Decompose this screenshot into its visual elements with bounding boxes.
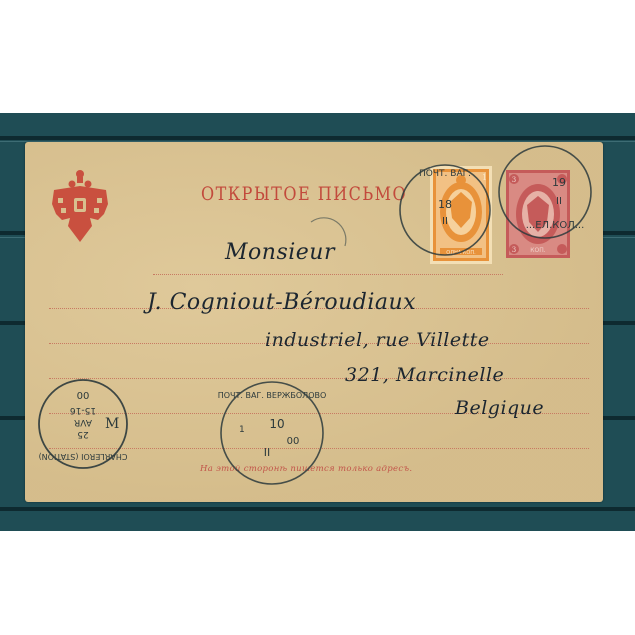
svg-text:10: 10 bbox=[269, 417, 284, 431]
svg-text:КОП.: КОП. bbox=[530, 247, 545, 254]
svg-text:3: 3 bbox=[512, 246, 516, 254]
svg-text:ПОЧТ. ВАГ. ВЕРЖБОЛОВО: ПОЧТ. ВАГ. ВЕРЖБОЛОВО bbox=[218, 391, 327, 400]
postmark-imprint-cancel: ...ЕЛ.КОЛ... 19 II bbox=[495, 142, 595, 242]
postmark-arrival-charleroi: CHARLEROI (STATION) 25 AVR 15-16 00 M bbox=[35, 376, 131, 472]
svg-text:ПОЧТ. ВАГ.: ПОЧТ. ВАГ. bbox=[419, 169, 471, 179]
svg-text:...ЕЛ.КОЛ...: ...ЕЛ.КОЛ... bbox=[526, 220, 585, 231]
address-name: J. Cogniout-Béroudiaux bbox=[147, 290, 416, 315]
postcard: ОТКРЫТОЕ ПИСЬМО Monsieur J. Cogniout-Bér… bbox=[25, 142, 603, 502]
svg-text:II: II bbox=[264, 446, 271, 459]
imperial-eagle-icon bbox=[50, 168, 110, 244]
svg-text:M: M bbox=[105, 416, 119, 432]
address-occupation-street: industriel, rue Villette bbox=[265, 329, 490, 351]
svg-text:1: 1 bbox=[239, 425, 245, 435]
address-city: 321, Marcinelle bbox=[345, 364, 504, 386]
svg-text:AVR: AVR bbox=[74, 417, 92, 427]
postmark-stamp-cancel: ПОЧТ. ВАГ. 18 II bbox=[395, 160, 495, 260]
address-rule bbox=[153, 274, 503, 275]
svg-text:18: 18 bbox=[438, 198, 452, 211]
svg-text:19: 19 bbox=[552, 176, 566, 189]
svg-text:II: II bbox=[556, 196, 562, 207]
card-heading: ОТКРЫТОЕ ПИСЬМО bbox=[201, 183, 407, 205]
address-country: Belgique bbox=[455, 397, 544, 419]
svg-text:15-16: 15-16 bbox=[70, 405, 96, 415]
svg-text:25: 25 bbox=[77, 429, 88, 439]
postmark-transit: ПОЧТ. ВАГ. ВЕРЖБОЛОВО 1 10 II 00 bbox=[217, 378, 327, 488]
mount-strip bbox=[0, 136, 635, 140]
svg-text:00: 00 bbox=[77, 389, 90, 400]
partial-postmark-arc bbox=[305, 206, 355, 256]
svg-text:II: II bbox=[442, 216, 448, 227]
mount-strip bbox=[0, 507, 635, 511]
svg-text:00: 00 bbox=[287, 436, 300, 447]
svg-text:CHARLEROI (STATION): CHARLEROI (STATION) bbox=[39, 452, 128, 461]
